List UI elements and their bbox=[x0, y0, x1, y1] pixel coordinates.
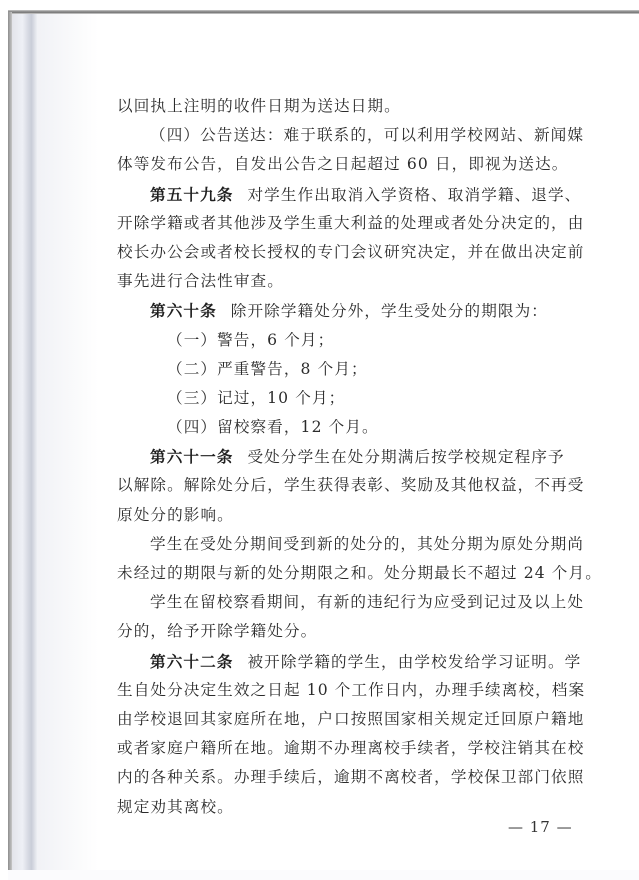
text-line: 原处分的影响。 bbox=[117, 501, 577, 530]
text-line: 校长办公会或者校长授权的专门会议研究决定，并在做出决定前 bbox=[117, 238, 577, 267]
text-line: （四）公告送达：难于联系的，可以利用学校网站、新闻媒 bbox=[117, 121, 577, 150]
list-item: （四）留校察看，12 个月。 bbox=[117, 413, 577, 442]
list-item: （二）严重警告，8 个月； bbox=[117, 355, 577, 384]
text-line: 分的，给予开除学籍处分。 bbox=[117, 617, 577, 646]
article-heading: 第六十条 bbox=[150, 301, 217, 320]
article-heading: 第六十一条 bbox=[150, 447, 233, 466]
article-59-line: 第五十九条对学生作出取消入学资格、取消学籍、退学、 bbox=[117, 180, 577, 209]
text-line: 事先进行合法性审查。 bbox=[117, 267, 577, 296]
text-line: 未经过的期限与新的处分期限之和。处分期最长不超过 24 个月。 bbox=[117, 559, 577, 588]
text-line: 内的各种关系。办理手续后，逾期不离校者，学校保卫部门依照 bbox=[117, 763, 577, 792]
text-span: 对学生作出取消入学资格、取消学籍、退学、 bbox=[247, 186, 581, 204]
text-span: 除开除学籍处分外，学生受处分的期限为： bbox=[231, 302, 548, 320]
text-line: 或者家庭户籍所在地。逾期不办理离校手续者，学校注销其在校 bbox=[117, 734, 577, 763]
article-heading: 第五十九条 bbox=[150, 185, 233, 204]
list-item: （一）警告，6 个月； bbox=[117, 326, 577, 355]
text-line: 以回执上注明的收件日期为送达日期。 bbox=[117, 92, 577, 121]
text-line: 开除学籍或者其他涉及学生重大利益的处理或者处分决定的，由 bbox=[117, 209, 577, 238]
text-span: 被开除学籍的学生，由学校发给学习证明。学 bbox=[247, 653, 581, 671]
document-body: 以回执上注明的收件日期为送达日期。 （四）公告送达：难于联系的，可以利用学校网站… bbox=[117, 92, 577, 822]
article-heading: 第六十二条 bbox=[150, 652, 233, 671]
list-item: （三）记过，10 个月； bbox=[117, 384, 577, 413]
text-span: 受处分学生在处分期满后按学校规定程序予 bbox=[247, 448, 564, 466]
binding-shadow bbox=[12, 14, 38, 870]
text-line: 生自处分决定生效之日起 10 个工作日内，办理手续离校，档案 bbox=[117, 676, 577, 705]
article-61-line: 第六十一条受处分学生在处分期满后按学校规定程序予 bbox=[117, 442, 577, 471]
text-line: 由学校退回其家庭所在地，户口按照国家相关规定迁回原户籍地 bbox=[117, 705, 577, 734]
article-60-line: 第六十条除开除学籍处分外，学生受处分的期限为： bbox=[117, 296, 577, 325]
text-line: 体等发布公告，自发出公告之日起超过 60 日，即视为送达。 bbox=[117, 150, 577, 179]
article-62-line: 第六十二条被开除学籍的学生，由学校发给学习证明。学 bbox=[117, 647, 577, 676]
text-line: 学生在受处分期间受到新的处分的，其处分期为原处分期尚 bbox=[117, 530, 577, 559]
text-line: 以解除。解除处分后，学生获得表彰、奖励及其他权益，不再受 bbox=[117, 471, 577, 500]
text-line: 学生在留校察看期间，有新的违纪行为应受到记过及以上处 bbox=[117, 588, 577, 617]
page-number: — 17 — bbox=[508, 818, 573, 836]
